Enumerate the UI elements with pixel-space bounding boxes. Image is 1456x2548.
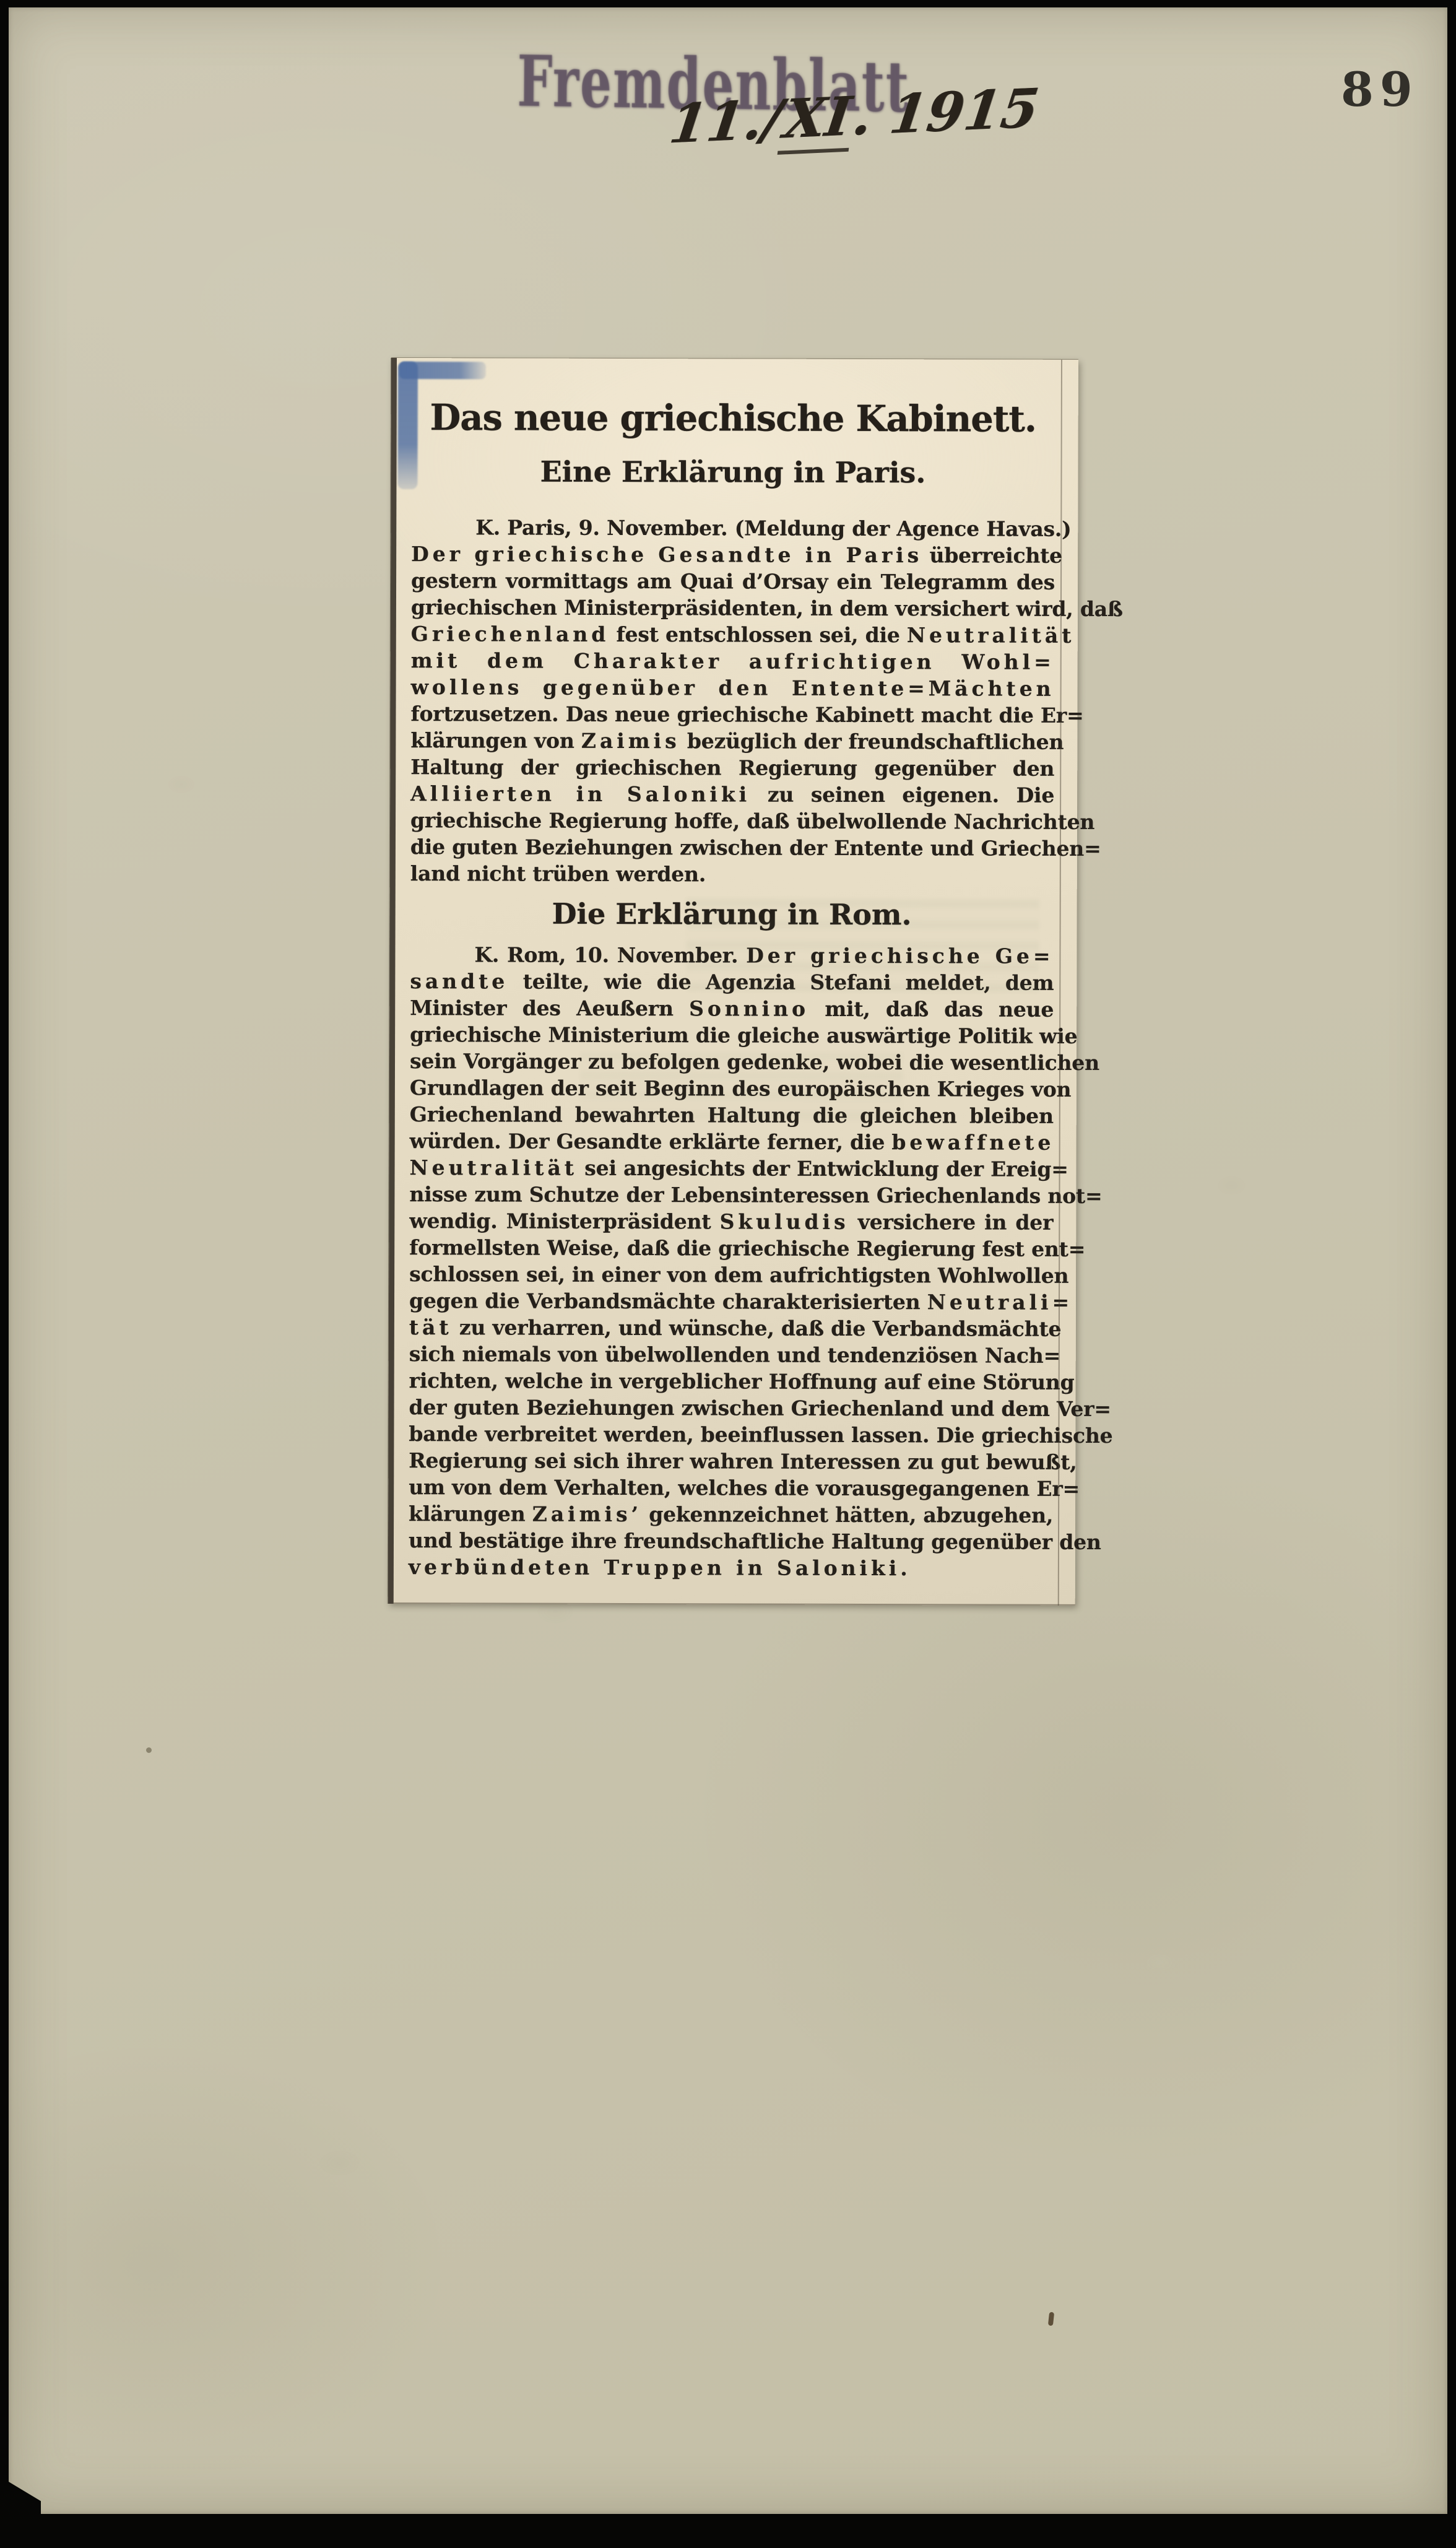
article-text-segment: und bestätige ihre freundschaftliche Hal… [409, 1528, 1101, 1554]
ink-fleck [1048, 2312, 1054, 2326]
article-text-segment: gegen die Verbandsmächte charakterisiert… [409, 1289, 927, 1314]
article-text-segment: schlossen sei, in einer von dem aufricht… [409, 1262, 1068, 1288]
article-text-segment: wendig. Ministerpräsident [409, 1209, 719, 1233]
article-text-segment: griechischen Ministerpräsidenten, in dem… [411, 595, 1123, 621]
paper-speck [146, 1747, 152, 1753]
section-heading-rom: Die Erklärung in Rom. [410, 897, 1054, 932]
article-text-segment: sandte [410, 969, 508, 993]
article-line: Minister des Aeußern Sonnino mit, daß da… [410, 994, 1054, 1023]
article-line: klärungen von Zaimis bezüglich der freun… [410, 727, 1054, 755]
article-line: sich niemals von übelwollenden und tende… [409, 1341, 1053, 1369]
article-line: Griechenland bewahrten Haltung die gleic… [410, 1101, 1054, 1129]
article-line: bande verbreitet werden, beeinflussen la… [409, 1420, 1052, 1449]
article-line: der guten Beziehungen zwischen Griechenl… [409, 1394, 1053, 1422]
article-text-segment: mit, daß das neue [809, 997, 1054, 1022]
scan-edge-wedge [9, 2482, 41, 2514]
article-text-segment: formellsten Weise, daß die griechische R… [409, 1235, 1085, 1261]
article-text-segment: Neutralität [907, 623, 1075, 648]
archive-page: Fremdenblatt 11./XI. 1915 89 Das neue gr… [9, 7, 1447, 2514]
article-line: klärungen Zaimis’ gekennzeichnet hätten,… [409, 1500, 1052, 1529]
article-text-segment: sein Vorgänger zu befolgen gedenke, wobe… [410, 1049, 1099, 1075]
article-line: tät zu verharren, und wünsche, daß die V… [409, 1314, 1053, 1342]
article-line: und bestätige ihre freundschaftliche Hal… [409, 1527, 1052, 1555]
article-line: richten, welche in vergeblicher Hoffnung… [409, 1367, 1053, 1396]
section-rom: Die Erklärung in Rom. K. Rom, 10. Novemb… [409, 897, 1054, 1582]
article-line: Der griechische Gesandte in Paris überre… [411, 541, 1055, 569]
article-line: um von dem Verhalten, welches die voraus… [409, 1474, 1052, 1502]
article-line: gegen die Verbandsmächte charakterisiert… [409, 1287, 1053, 1316]
article-text-segment: bewaffnete [891, 1130, 1054, 1155]
article-line: sandte teilte, wie die Agenzia Stefani m… [410, 968, 1054, 996]
article-text-segment: Zaimis’ [532, 1502, 642, 1526]
article-text-segment: land nicht trüben werden. [410, 861, 706, 886]
article-line: formellsten Weise, daß die griechische R… [409, 1234, 1053, 1263]
article-line: schlossen sei, in einer von dem aufricht… [409, 1261, 1053, 1289]
article-text-segment: zu verharren, und wünsche, daß die Verba… [453, 1315, 1062, 1341]
article-text-segment: Griechenland [411, 622, 610, 646]
article-text-segment: Alliierten in Saloniki [410, 781, 750, 806]
article-text-segment: sei angesichts der Entwicklung der Ereig… [578, 1156, 1068, 1181]
article-line: Grundlagen der seit Beginn des europäisc… [410, 1074, 1054, 1103]
article-text-segment: Zaimis [581, 729, 680, 753]
article-line: Griechenland fest entschlossen sei, die … [411, 620, 1055, 649]
article-line: wollens gegenüber den Entente=Mächten [411, 674, 1055, 702]
article-text-segment: fest entschlossen sei, die [609, 622, 907, 647]
article-text-segment: klärungen von [410, 728, 581, 753]
article-line: K. Rom, 10. November. Der griechische Ge… [410, 941, 1054, 970]
article-text-segment: Der griechische Gesandte in Paris [411, 542, 922, 567]
handwritten-day: 11./ [666, 88, 786, 156]
article-line: griechische Regierung hoffe, daß übelwol… [410, 807, 1054, 835]
article-text-segment: Sonnino [689, 996, 809, 1021]
article-text-segment: Minister des Aeußern [410, 996, 689, 1020]
blue-crayon-mark-horizontal [399, 362, 486, 379]
article-text-segment: die guten Beziehungen zwischen der Enten… [410, 835, 1101, 861]
article-line: die guten Beziehungen zwischen der Enten… [410, 833, 1054, 862]
article-line: Regierung sei sich ihrer wahren Interess… [409, 1447, 1052, 1476]
article-text-segment: Regierung sei sich ihrer wahren Interess… [409, 1448, 1077, 1474]
handwritten-year: . 1915 [849, 77, 1042, 148]
article-text-segment: richten, welche in vergeblicher Hoffnung… [409, 1368, 1075, 1394]
article-text-segment: Grundlagen der seit Beginn des europäisc… [410, 1076, 1072, 1102]
section-heading-paris: Eine Erklärung in Paris. [411, 454, 1054, 490]
newspaper-clipping: Das neue griechische Kabinett. Eine Erkl… [388, 358, 1078, 1606]
article-text-segment: K. Rom, 10. November. [474, 942, 746, 967]
article-line: Neutralität sei angesichts der Entwicklu… [410, 1154, 1054, 1183]
article-line: mit dem Charakter aufrichtigen Wohl= [411, 647, 1055, 676]
scan-background: { "page": { "number": "89", "stamp": "Fr… [0, 0, 1456, 2548]
article-text-segment: überreichte [922, 543, 1062, 568]
article-text-segment: fortzusetzen. Das neue griechische Kabin… [410, 702, 1083, 728]
article-text-segment: verbündeten Truppen in Saloniki. [409, 1555, 911, 1580]
article-text-segment: nisse zum Schutze der Lebensinteressen G… [409, 1182, 1102, 1208]
article-line: würden. Der Gesandte erklärte ferner, di… [410, 1128, 1054, 1156]
clipping-headline: Das neue griechische Kabinett. [415, 389, 1052, 448]
article-text-segment: Der griechische Ge= [746, 944, 1054, 968]
article-text-segment: gestern vormittags am Quai d’Orsay ein T… [411, 568, 1055, 594]
article-line: nisse zum Schutze der Lebensinteressen G… [409, 1181, 1053, 1209]
article-text-segment: sich niemals von übelwollenden und tende… [409, 1342, 1060, 1368]
article-line: griechische Ministerium die gleiche ausw… [410, 1021, 1054, 1050]
article-line: griechischen Ministerpräsidenten, in dem… [411, 594, 1055, 622]
article-text-segment: versichere in der [849, 1210, 1054, 1235]
article-text-segment: klärungen [409, 1502, 532, 1526]
article-line: Haltung der griechischen Regierung gegen… [410, 754, 1054, 782]
article-body-rom: K. Rom, 10. November. Der griechische Ge… [409, 941, 1054, 1582]
section-paris: Eine Erklärung in Paris. K. Paris, 9. No… [410, 454, 1055, 889]
article-text-segment: griechische Regierung hoffe, daß übelwol… [410, 808, 1094, 834]
article-text-segment: Neutralität [410, 1155, 578, 1180]
article-text-segment: zu seinen eigenen. Die [750, 783, 1054, 807]
article-text-segment: wollens gegenüber den Entente=Mächten [411, 675, 1055, 701]
article-line: K. Paris, 9. November. (Meldung der Agen… [411, 514, 1055, 542]
article-text-segment: K. Paris, 9. November. (Meldung der Agen… [475, 515, 1071, 541]
article-line: fortzusetzen. Das neue griechische Kabin… [410, 700, 1054, 729]
page-number: 89 [1341, 62, 1419, 117]
article-text-segment: bezüglich der freundschaftlichen [680, 729, 1064, 754]
article-text-segment: tät [409, 1315, 453, 1339]
article-text-segment: um von dem Verhalten, welches die voraus… [409, 1475, 1080, 1501]
article-line: wendig. Ministerpräsident Skuludis versi… [409, 1207, 1053, 1236]
article-line: gestern vormittags am Quai d’Orsay ein T… [411, 567, 1055, 596]
article-text-segment: gekennzeichnet hätten, abzugehen, [642, 1502, 1053, 1528]
article-text-segment: Griechenland bewahrten Haltung die gleic… [410, 1102, 1054, 1128]
article-text-segment: mit dem Charakter aufrichtigen Wohl= [411, 648, 1055, 674]
article-text-segment: Neutrali= [927, 1290, 1073, 1315]
article-line: verbündeten Truppen in Saloniki. [409, 1554, 1052, 1582]
article-text-segment: bande verbreitet werden, beeinflussen la… [409, 1422, 1112, 1448]
article-text-segment: Haltung der griechischen Regierung gegen… [410, 755, 1054, 781]
article-body-paris: K. Paris, 9. November. (Meldung der Agen… [410, 514, 1055, 889]
article-line: sein Vorgänger zu befolgen gedenke, wobe… [410, 1048, 1054, 1076]
handwritten-month-roman: XI [778, 85, 857, 155]
article-line: land nicht trüben werden. [410, 860, 1054, 889]
article-text-segment: griechische Ministerium die gleiche ausw… [410, 1022, 1077, 1048]
article-text-segment: würden. Der Gesandte erklärte ferner, di… [410, 1129, 892, 1154]
article-text-segment: der guten Beziehungen zwischen Griechenl… [409, 1395, 1111, 1421]
article-line: Alliierten in Saloniki zu seinen eigenen… [410, 780, 1054, 809]
article-text-segment: teilte, wie die Agenzia Stefani meldet, … [508, 969, 1054, 994]
article-text-segment: Skuludis [720, 1209, 849, 1234]
